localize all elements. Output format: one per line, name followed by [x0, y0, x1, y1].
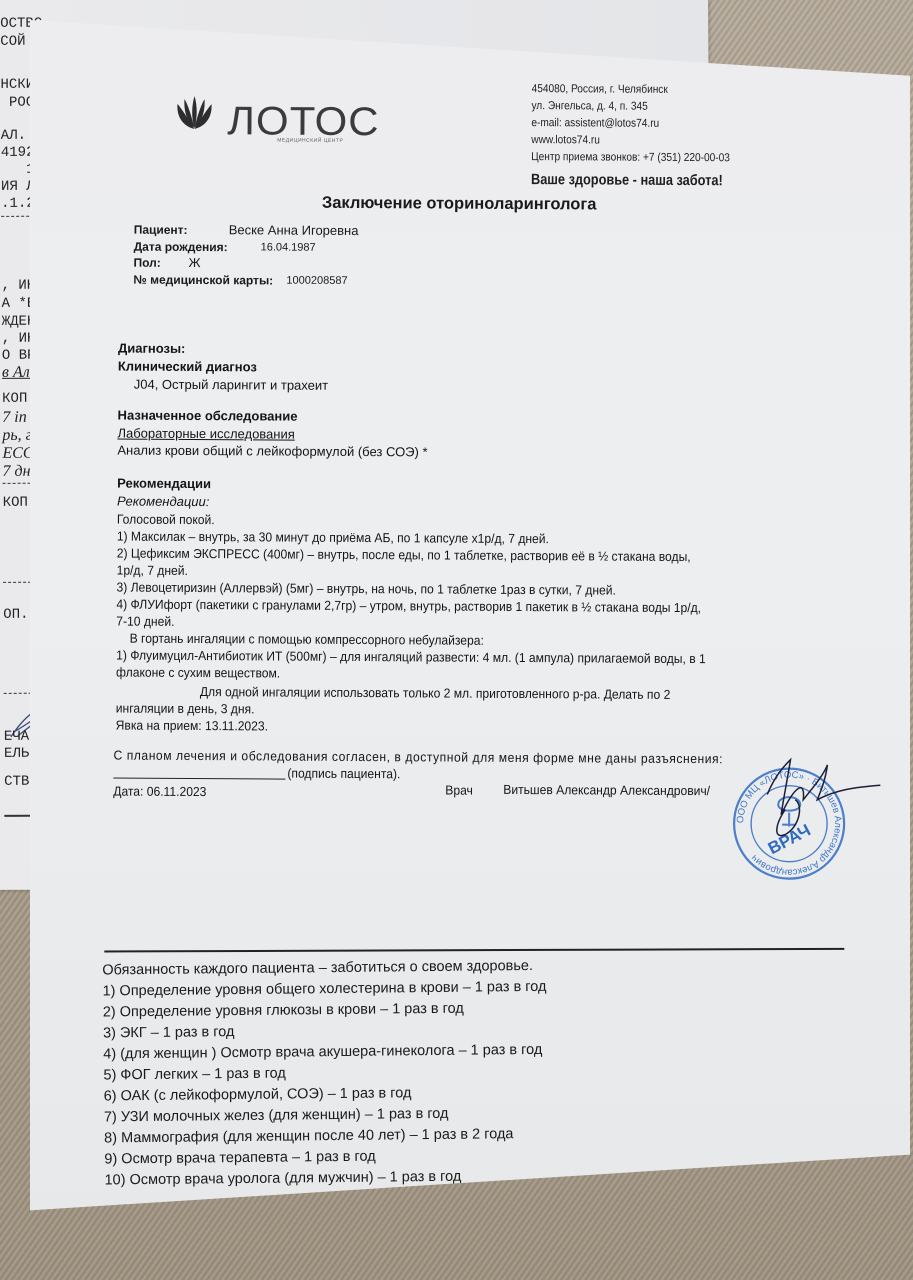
clinic-address-line: ул. Энгельса, д. 4, п. 345	[531, 100, 647, 113]
back-page-text: 7 дн	[2, 463, 30, 480]
patient-name-label: Пациент:	[134, 223, 188, 237]
lotus-logo-icon	[174, 96, 214, 130]
doctor-name: Витьшев Александр Александрович/	[503, 782, 710, 798]
clinical-diagnosis-heading: Клинический диагноз	[118, 359, 257, 375]
clinic-email: e-mail: assistent@lotos74.ru	[531, 117, 659, 130]
recommendation-line: Голосовой покой.	[117, 512, 215, 528]
recommendation-line: 7-10 дней.	[116, 614, 174, 629]
recommendation-line: 2) Цефиксим ЭКСПРЕСС (400мг) – внутрь, п…	[117, 546, 691, 565]
patient-signature-caption: (подпись пациента).	[287, 766, 400, 782]
lab-tests-subheading: Лабораторные исследования	[117, 426, 294, 442]
consent-text: С планом лечения и обследования согласен…	[113, 748, 723, 767]
medical-conclusion-document: ЛОТОС медицинский центр 454080, Россия, …	[30, 20, 910, 1260]
recommendation-line: Для одной ингаляции использовать только …	[116, 684, 671, 702]
recommendations-subheading: Рекомендации:	[117, 494, 209, 510]
back-page-text: ЕЛЬ	[4, 746, 29, 763]
clinic-phone: Центр приема звонков: +7 (351) 220-00-03	[531, 151, 730, 164]
clinic-logo-subtitle: медицинский центр	[277, 138, 343, 144]
back-page-text: ЕЧА	[4, 729, 29, 746]
doctor-label: Врач	[445, 783, 473, 798]
dob-label: Дата рождения:	[134, 240, 228, 255]
list-item: 10) Осмотр врача уролога (для мужчин) – …	[104, 1166, 548, 1192]
doctor-signature-icon	[745, 754, 896, 845]
recommendations-heading: Рекомендации	[117, 476, 211, 492]
back-page-text: 7 in	[2, 409, 27, 426]
recommendation-line: 1) Флуимуцил-Антибиотик ИТ (500мг) – для…	[116, 648, 706, 667]
clinic-slogan: Ваше здоровье - наша забота!	[531, 171, 723, 189]
recommendation-line: В гортань ингаляции с помощью компрессор…	[116, 631, 484, 648]
document-date: Дата: 06.11.2023	[113, 784, 206, 800]
lab-test-item: Анализ крови общий с лейкоформулой (без …	[117, 443, 427, 460]
recommendation-line: 1) Максилак – внутрь, за 30 минут до при…	[117, 529, 549, 547]
clinic-website: www.lotos74.ru	[531, 134, 600, 146]
next-appointment: Явка на прием: 13.11.2023.	[116, 718, 268, 734]
sex-label: Пол:	[133, 256, 160, 270]
document-title: Заключение оториноларинголога	[322, 194, 597, 215]
section-divider	[104, 948, 844, 953]
dob-value: 16.04.1987	[261, 241, 316, 253]
recommendation-line: 3) Левоцетиризин (Аллервэй) (5мг) – внут…	[116, 580, 615, 598]
clinic-address-line: 454080, Россия, г. Челябинск	[532, 83, 668, 96]
diagnoses-heading: Диагнозы:	[118, 341, 186, 356]
recommendation-line: 4) ФЛУИфорт (пакетики с гранулами 2,7гр)…	[116, 597, 701, 616]
back-page-text: рь, г	[2, 427, 32, 444]
recommendation-line: 1р/д, 7 дней.	[117, 563, 188, 578]
back-page-text: ЕСС	[2, 445, 33, 462]
examination-heading: Назначенное обследование	[118, 408, 298, 424]
patient-signature-line	[113, 778, 285, 780]
recommendation-line: ингаляции в день, 3 дня.	[116, 701, 255, 717]
back-page-text: СТВ	[4, 774, 29, 791]
medical-card-number: 1000208587	[286, 275, 347, 287]
patient-name: Веске Анна Игоревна	[229, 222, 359, 238]
patient-duties-list: Обязанность каждого пациента – заботитьс…	[102, 956, 548, 1192]
sex-value: Ж	[188, 255, 200, 270]
medical-card-label: № медицинской карты:	[133, 273, 273, 288]
recommendation-line: флаконе с сухим веществом.	[116, 665, 280, 681]
back-page-text: ОП.	[3, 607, 28, 624]
clinical-diagnosis: J04, Острый ларингит и трахеит	[134, 377, 328, 393]
